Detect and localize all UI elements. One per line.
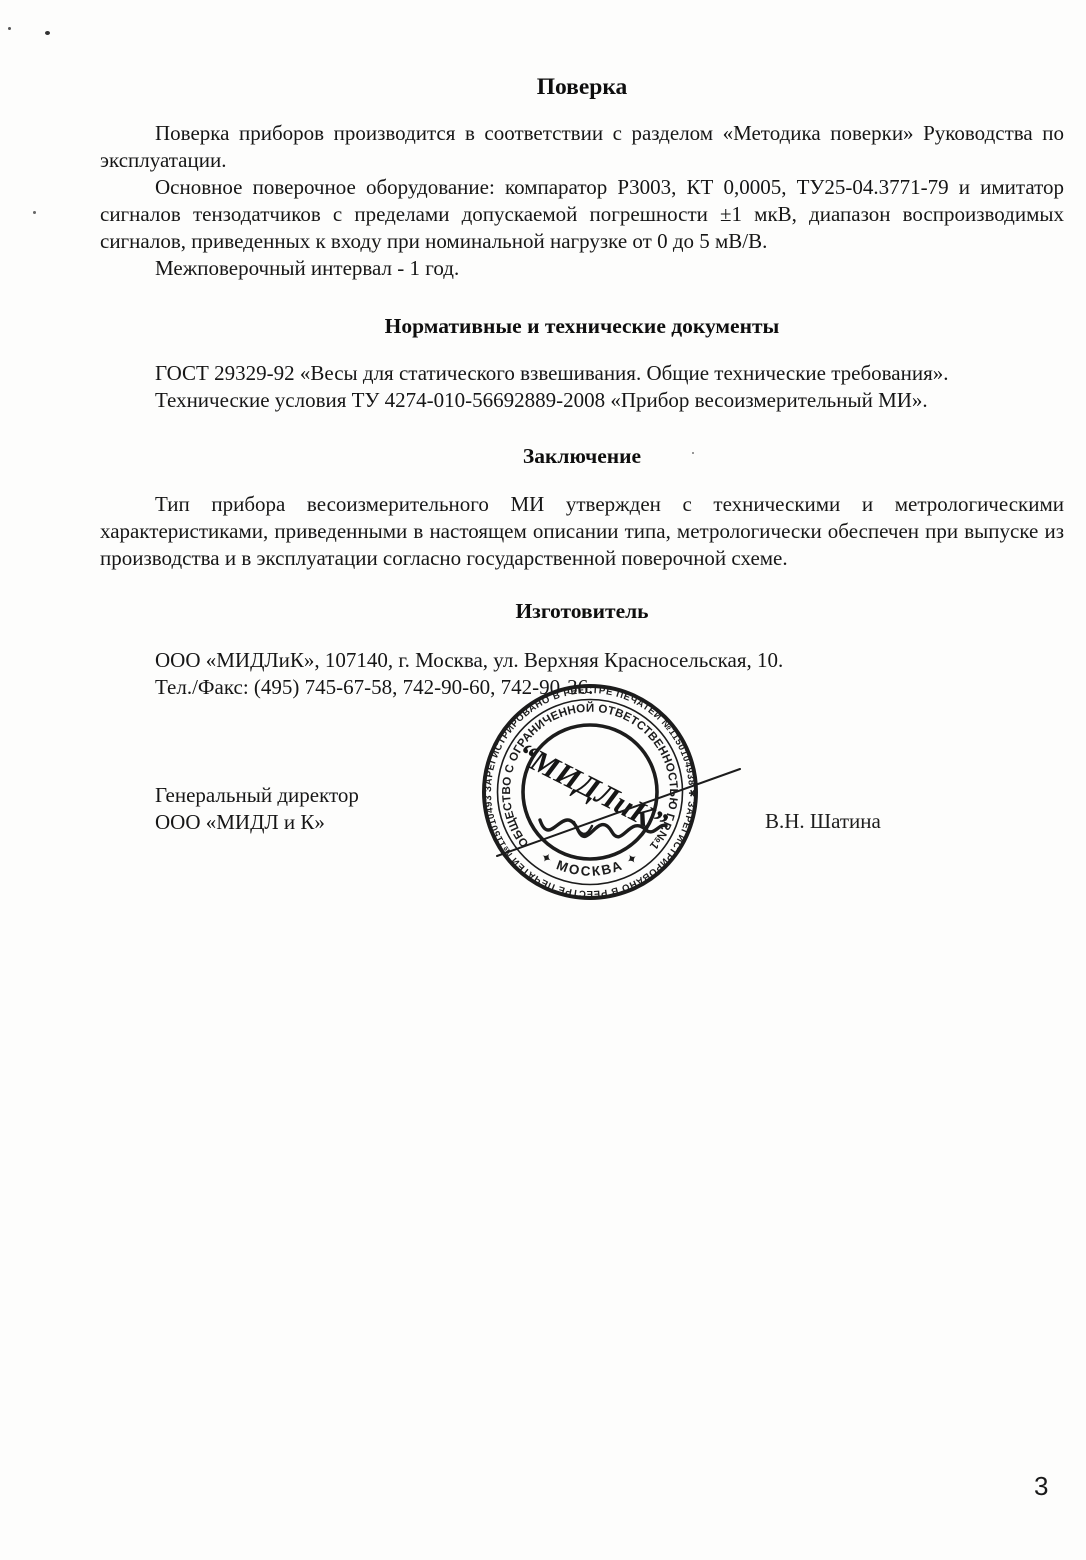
director-company: ООО «МИДЛ и К» [155,809,1064,836]
section-heading-normative-documents: Нормативные и технические документы [100,313,1064,340]
scan-speck [8,27,11,30]
manufacturer-phone: Тел./Факс: (495) 745-67-58, 742-90-60, 7… [100,674,1064,701]
section-heading-manufacturer: Изготовитель [100,598,1064,625]
manufacturer-address: ООО «МИДЛиК», 107140, г. Москва, ул. Вер… [100,647,1064,674]
verification-paragraph-2: Основное поверочное оборудование: компар… [100,174,1064,255]
verification-paragraph-1: Поверка приборов производится в соответс… [100,120,1064,174]
signatory-name: В.Н. Шатина [765,808,881,835]
normative-gost-line: ГОСТ 29329-92 «Весы для статического взв… [100,360,1064,387]
document-content: Поверка Поверка приборов производится в … [100,0,1064,852]
normative-tu-line: Технические условия ТУ 4274-010-56692889… [100,387,1064,414]
document-page: Поверка Поверка приборов производится в … [0,0,1086,1560]
director-title-block: Генеральный директор ООО «МИДЛ и К» [155,782,1064,836]
signature-block: Генеральный директор ООО «МИДЛ и К» В.Н.… [100,782,1064,852]
scan-speck [45,31,50,35]
conclusion-paragraph: Тип прибора весоизмерительного МИ утверж… [100,491,1064,572]
director-title: Генеральный директор [155,782,1064,809]
verification-interval-line: Межповерочный интервал - 1 год. [100,255,1064,282]
page-number: 3 [1034,1472,1048,1500]
stamp-inner-ring-bottom-text: ✦ МОСКВА ✦ [537,849,642,879]
section-heading-conclusion: Заключение [100,443,1064,470]
scan-speck [33,211,36,214]
section-heading-verification: Поверка [100,74,1064,100]
